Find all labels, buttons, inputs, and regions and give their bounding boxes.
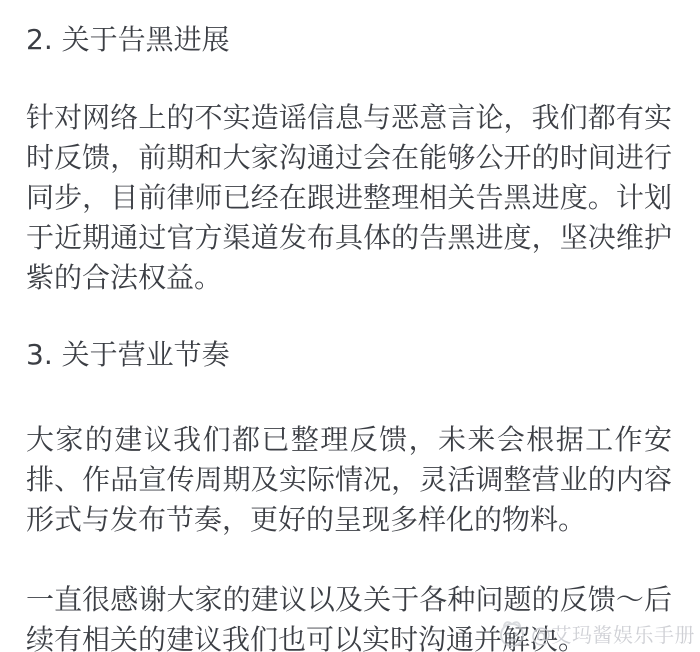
- section-heading-gaohei: 2. 关于告黑进展: [26, 20, 672, 60]
- avatar-face-icon: [496, 617, 528, 649]
- section-paragraph-yingye: 大家的建议我们都已整理反馈，未来会根据工作安排、作品宣传周期及实际情况，灵活调整…: [26, 420, 672, 540]
- watermark: @艾玛酱娱乐手册: [496, 616, 695, 650]
- watermark-handle: @艾玛酱娱乐手册: [531, 619, 695, 648]
- section-heading-yingye: 3. 关于营业节奏: [26, 335, 672, 375]
- section-paragraph-gaohei: 针对网络上的不实造谣信息与恶意言论，我们都有实时反馈，前期和大家沟通过会在能够公…: [26, 98, 672, 298]
